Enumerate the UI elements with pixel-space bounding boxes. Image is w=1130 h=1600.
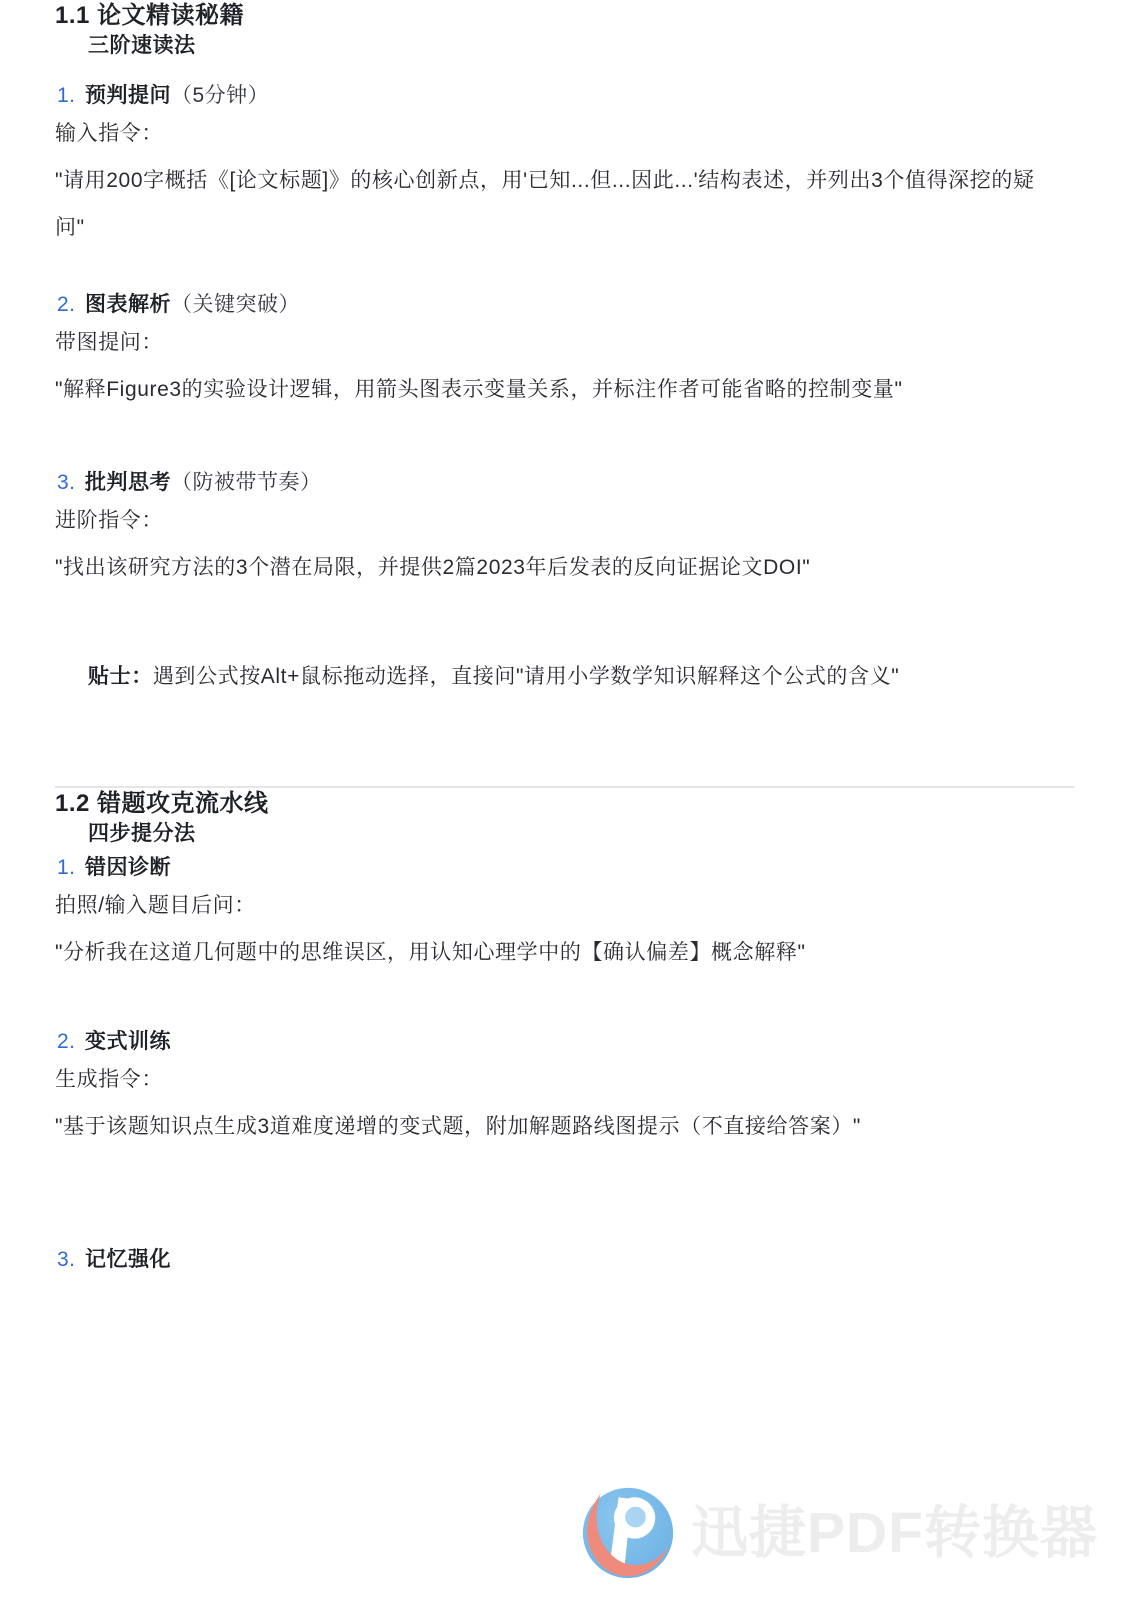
section-2-heading: 1.2 错题攻克流水线: [55, 788, 1050, 820]
list-number: 2.: [57, 291, 85, 319]
list-item-2-3: 3. 记忆强化: [57, 1246, 1050, 1274]
list-term: 记忆强化: [85, 1246, 171, 1274]
lead-text: 带图提问：: [55, 319, 1050, 366]
prompt-quote: "请用200字概括《[论文标题]》的核心创新点，用'已知...但...因此...…: [55, 157, 1050, 251]
list-number: 1.: [57, 854, 85, 882]
document-page: { "page": { "background": "#ffffff", "te…: [0, 0, 1130, 1600]
list-term: 错因诊断: [85, 854, 171, 882]
lead-text: 输入指令：: [55, 110, 1050, 157]
list-number: 3.: [57, 469, 85, 497]
list-number: 3.: [57, 1246, 85, 1274]
list-item-1-1: 1. 预判提问 （5分钟）: [57, 82, 1050, 110]
lead-text: 拍照/输入题目后问：: [55, 882, 1050, 929]
prompt-quote: "找出该研究方法的3个潜在局限，并提供2篇2023年后发表的反向证据论文DOI": [55, 544, 1050, 591]
list-term-note: （防被带节奏）: [171, 469, 322, 497]
prompt-quote: "解释Figure3的实验设计逻辑，用箭头图表示变量关系，并标注作者可能省略的控…: [55, 366, 1050, 413]
lead-text: 进阶指令：: [55, 497, 1050, 544]
tip-label: 贴士：: [88, 665, 153, 688]
list-term: 预判提问: [85, 82, 171, 110]
list-item-2-2: 2. 变式训练: [57, 1028, 1050, 1056]
pdf-converter-logo-icon: [581, 1486, 675, 1580]
list-term: 图表解析: [85, 291, 171, 319]
tip-line: 贴士：遇到公式按Alt+鼠标拖动选择，直接问"请用小学数学知识解释这个公式的含义…: [88, 653, 1050, 700]
list-item-1-3: 3. 批判思考 （防被带节奏）: [57, 469, 1050, 497]
tip-text: 遇到公式按Alt+鼠标拖动选择，直接问"请用小学数学知识解释这个公式的含义": [153, 665, 899, 688]
list-term-note: （关键突破）: [171, 291, 300, 319]
watermark-text: 迅捷PDF转换器: [691, 1486, 1098, 1580]
list-item-2-1: 1. 错因诊断: [57, 854, 1050, 882]
list-term: 批判思考: [85, 469, 171, 497]
list-term-note: （5分钟）: [171, 82, 269, 110]
prompt-quote: "分析我在这道几何题中的思维误区，用认知心理学中的【确认偏差】概念解释": [55, 929, 1050, 976]
document-content: 1.1 论文精读秘籍 三阶速读法 1. 预判提问 （5分钟） 输入指令： "请用…: [0, 0, 1050, 1274]
prompt-quote: "基于该题知识点生成3道难度递增的变式题，附加解题路线图提示（不直接给答案）": [55, 1103, 1050, 1150]
section-1-subheading: 三阶速读法: [88, 32, 1050, 60]
list-item-1-2: 2. 图表解析 （关键突破）: [57, 291, 1050, 319]
lead-text: 生成指令：: [55, 1056, 1050, 1103]
list-number: 2.: [57, 1028, 85, 1056]
list-number: 1.: [57, 82, 85, 110]
list-term: 变式训练: [85, 1028, 171, 1056]
section-2-subheading: 四步提分法: [88, 820, 1050, 848]
watermark: 迅捷PDF转换器: [581, 1486, 1098, 1580]
section-1-heading: 1.1 论文精读秘籍: [55, 0, 1050, 32]
